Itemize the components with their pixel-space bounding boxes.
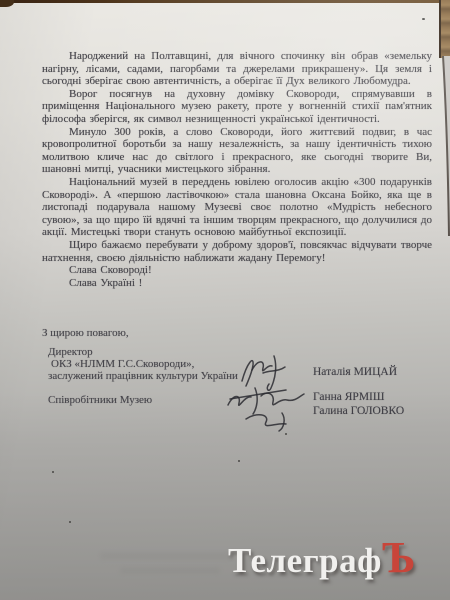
staff-names: Ганна ЯРМІШ Галина ГОЛОВКО	[313, 391, 404, 418]
closing-salutation: З щирою повагою,	[42, 327, 129, 339]
staff-label: Співробітники Музею	[48, 394, 152, 406]
paragraph-wishes: Щиро бажаємо перебувати у доброму здоров…	[42, 239, 432, 264]
director-title-block: Директор ОКЗ «НЛММ Г.С.Сковороди», заслу…	[48, 347, 238, 383]
table-edge-right	[439, 0, 450, 58]
dust-speck	[285, 433, 287, 435]
ink-bleed-through	[100, 552, 230, 560]
dust-speck	[422, 18, 425, 20]
paper-right-edge	[442, 56, 450, 236]
table-edge-top	[0, 0, 450, 3]
staff-name-2: Галина ГОЛОВКО	[313, 405, 404, 419]
dust-speck	[52, 471, 54, 473]
dust-speck	[69, 521, 71, 523]
paragraph-enemy: Ворог посягнув на духовну домівку Сковор…	[42, 88, 432, 126]
paragraph-museum-action: Національний музей в переддень ювілею ог…	[42, 176, 432, 239]
paragraph-300-years: Минуло 300 років, а слово Сковороди, йог…	[42, 126, 432, 176]
telegraf-watermark: Телеграф Ъ	[228, 541, 416, 581]
director-title-line3: заслужений працівник культури України	[48, 371, 238, 383]
photographed-letter: Народжений на Полтавщині, для вічного сп…	[0, 0, 450, 600]
slava-skovorodi-line: Слава Сковороді!	[42, 264, 432, 277]
director-name: Наталія МИЦАЙ	[313, 366, 397, 378]
staff-name-1: Ганна ЯРМІШ	[313, 391, 404, 405]
ink-bleed-through	[120, 567, 220, 574]
slava-ukraini-line: Слава Україні !	[42, 277, 432, 290]
dust-speck	[238, 460, 240, 462]
table-edge-corner	[0, 0, 14, 7]
watermark-white-text: Телеграф	[228, 541, 382, 581]
paragraph-birth: Народжений на Полтавщині, для вічного сп…	[42, 50, 432, 88]
letter-body: Народжений на Полтавщині, для вічного сп…	[42, 50, 432, 289]
signature-staff	[224, 383, 316, 435]
